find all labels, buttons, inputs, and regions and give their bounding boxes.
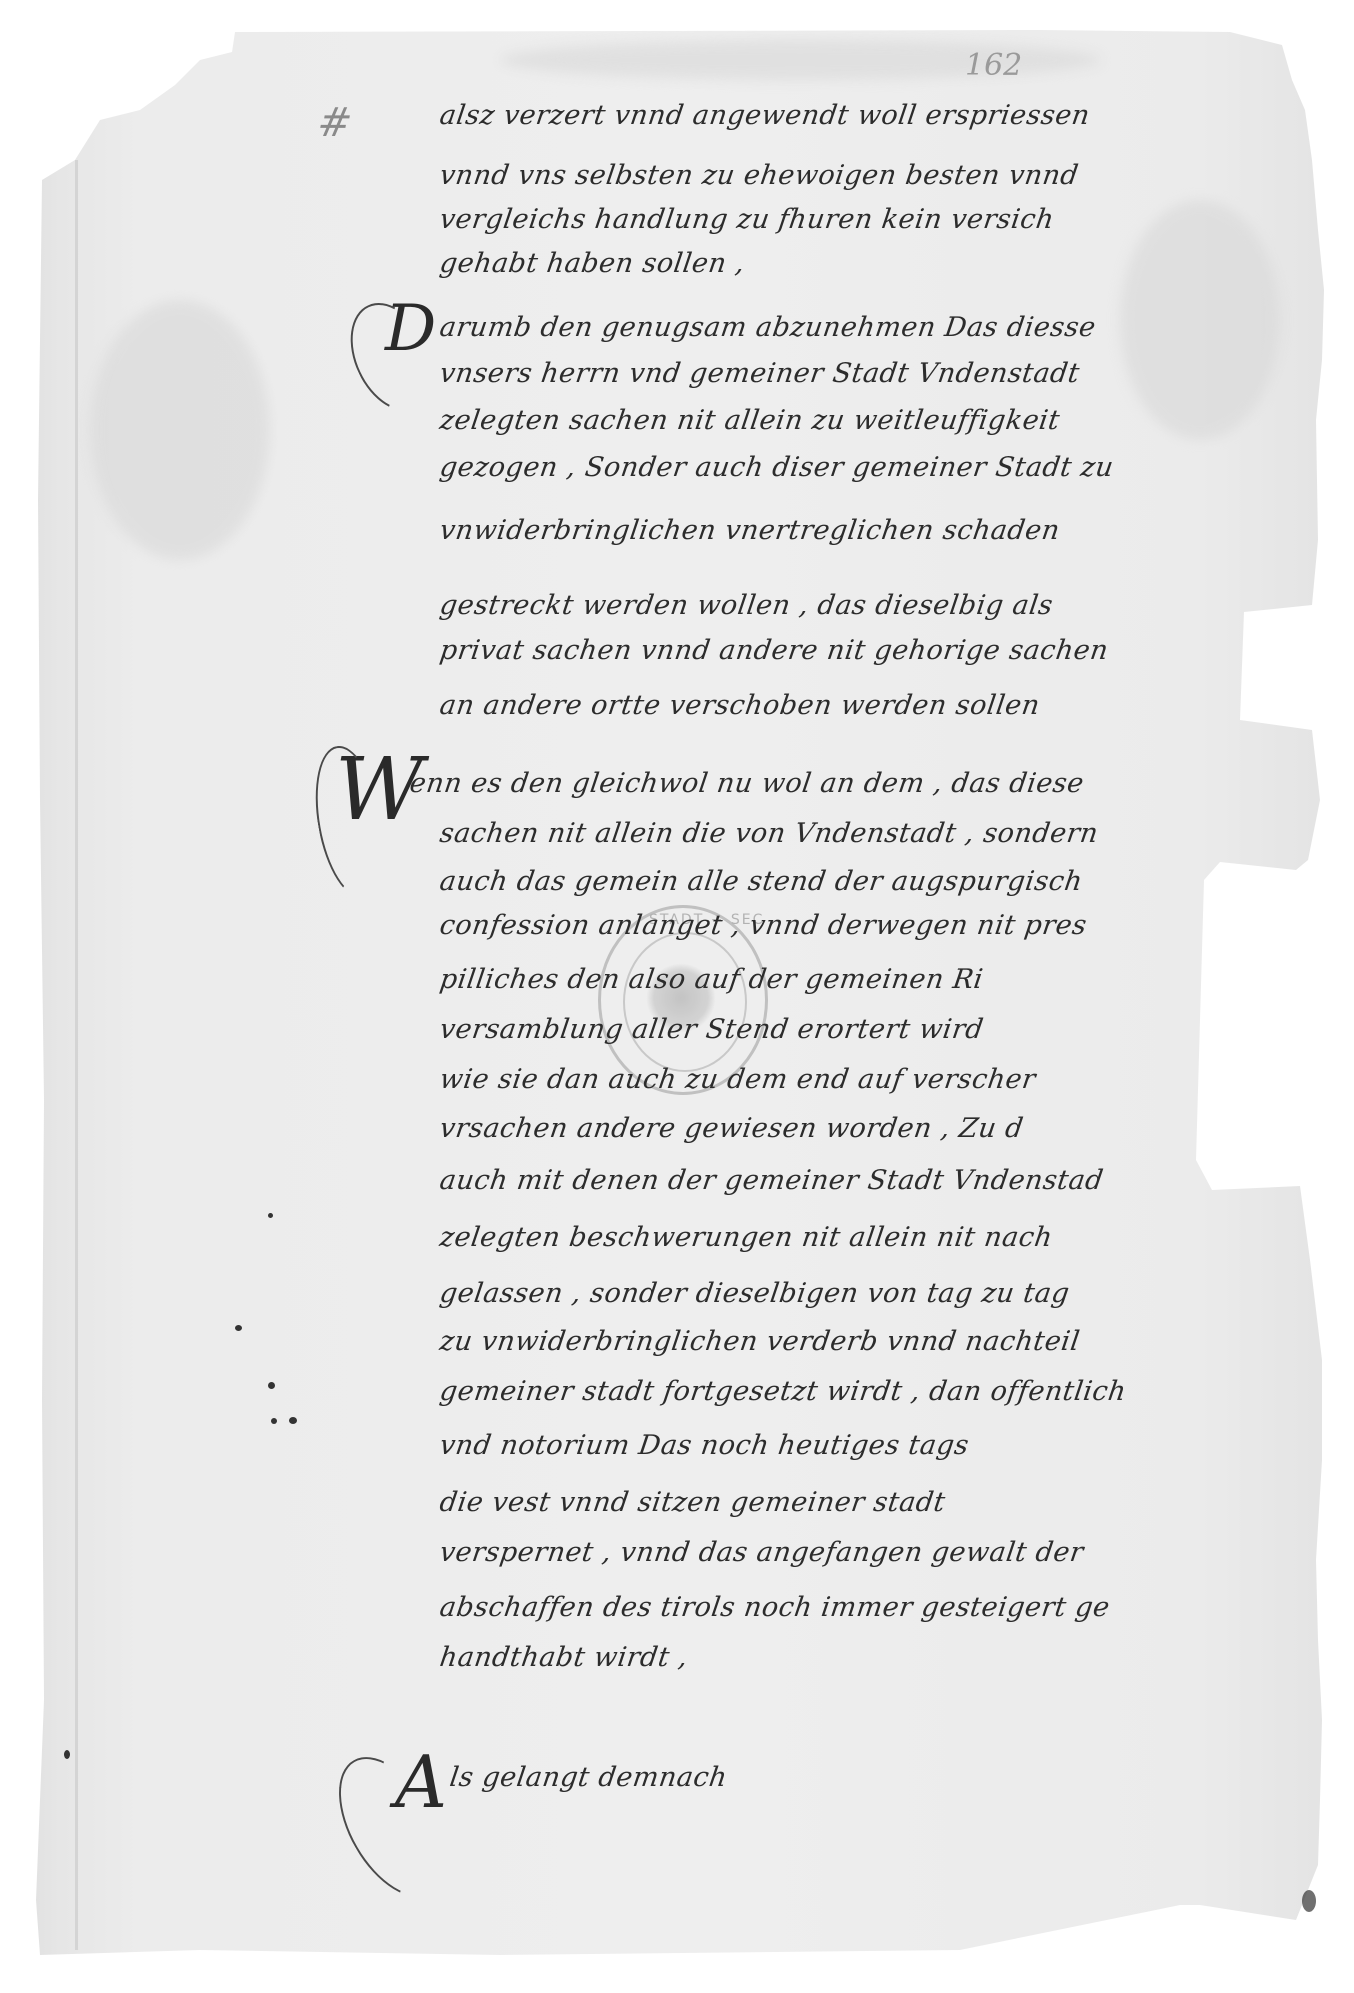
ink-speck <box>268 1382 275 1389</box>
text-line: sachen nit allein die von Vndenstadt , s… <box>438 818 1100 849</box>
text-line: alsz verzert vnnd angewendt woll ersprie… <box>438 100 1092 131</box>
page-fold-crease <box>75 160 78 1950</box>
text-line: zu vnwiderbringlichen verderb vnnd nacht… <box>438 1326 1082 1357</box>
text-line: verspernet , vnnd das angefangen gewalt … <box>438 1537 1086 1568</box>
text-line: enn es den gleichwol nu wol an dem , das… <box>408 768 1086 799</box>
text-line: gestreckt werden wollen , das dieselbig … <box>438 590 1055 621</box>
text-line: vnsers herrn vnd gemeiner Stadt Vndensta… <box>438 358 1082 389</box>
paper-stain <box>90 300 270 560</box>
text-line: privat sachen vnnd andere nit gehorige s… <box>438 635 1111 666</box>
text-line: gezogen , Sonder auch diser gemeiner Sta… <box>438 452 1116 483</box>
text-line: zelegten beschwerungen nit allein nit na… <box>438 1222 1055 1253</box>
text-line: an andere ortte verschoben werden sollen <box>438 690 1042 721</box>
text-line: confession anlanget , vnnd derwegen nit … <box>438 910 1089 941</box>
text-line: auch mit denen der gemeiner Stadt Vndens… <box>438 1165 1106 1196</box>
text-line: versamblung aller Stend erortert wird <box>438 1014 986 1045</box>
ink-speck <box>289 1417 297 1424</box>
ink-speck <box>271 1418 277 1424</box>
text-line: gemeiner stadt fortgesetzt wirdt , dan o… <box>438 1376 1128 1407</box>
text-line: auch das gemein alle stend der augspurgi… <box>438 866 1085 897</box>
text-line: arumb den genugsam abzunehmen Das diesse <box>438 312 1098 343</box>
text-line: vnwiderbringlichen vnertreglichen schade… <box>438 515 1062 546</box>
ink-speck <box>64 1750 70 1759</box>
text-line: vnnd vns selbsten zu ehewoigen besten vn… <box>438 160 1081 191</box>
text-line: wie sie dan auch zu dem end auf verscher <box>438 1064 1038 1095</box>
ink-speck <box>268 1213 273 1218</box>
text-line: abschaffen des tirols noch immer gesteig… <box>438 1592 1112 1623</box>
text-line: vrsachen andere gewiesen worden , Zu d <box>438 1113 1026 1144</box>
text-line: die vest vnnd sitzen gemeiner stadt <box>438 1487 948 1518</box>
ink-speck <box>235 1325 242 1331</box>
text-line: gelassen , sonder dieselbigen von tag zu… <box>438 1278 1072 1309</box>
paper-stain <box>1120 200 1280 440</box>
ink-stain <box>1302 1890 1316 1912</box>
text-line: zelegten sachen nit allein zu weitleuffi… <box>438 405 1062 436</box>
text-line: pilliches den also auf der gemeinen Ri <box>438 964 985 995</box>
text-line: handthabt wirdt , <box>438 1642 690 1673</box>
text-line: vergleichs handlung zu fhuren kein versi… <box>438 204 1056 235</box>
text-line: vnd notorium Das noch heutiges tags <box>438 1430 971 1461</box>
text-line: gehabt haben sollen , <box>438 248 747 279</box>
text-line: ls gelangt demnach <box>448 1762 729 1793</box>
folio-number: 162 <box>965 48 1022 83</box>
